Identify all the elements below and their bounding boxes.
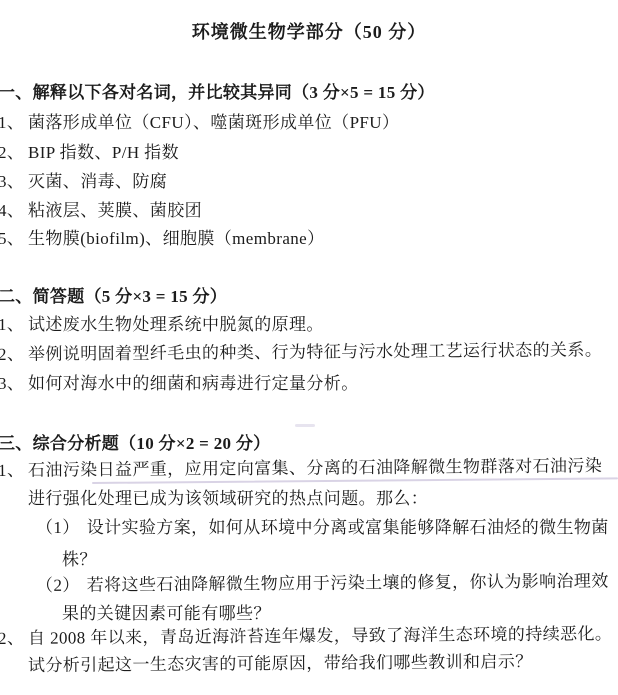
item-number: 5、 xyxy=(0,228,28,249)
analysis-q1-sub-1-line-1: （1）设计实验方案，如何从环境中分离或富集能够降解石油烃的微生物菌 xyxy=(36,517,609,538)
item-number: 2、 xyxy=(0,344,28,365)
item-text: 试述废水生物处理系统中脱氮的原理。 xyxy=(28,315,324,334)
subitem-text: 设计实验方案，如何从环境中分离或富集能够降解石油烃的微生物菌 xyxy=(87,518,609,537)
section-3-heading: 三、综合分析题（10 分×2 = 20 分） xyxy=(0,433,270,454)
item-text: 如何对海水中的细菌和病毒进行定量分析。 xyxy=(28,374,359,393)
item-number: 1、 xyxy=(0,314,28,335)
subitem-number: （1） xyxy=(36,517,80,538)
analysis-q2-line-2: 试分析引起这一生态灾害的可能原因，带给我们哪些教训和启示？ xyxy=(28,651,533,676)
analysis-q1-sub-1-line-2: 株？ xyxy=(62,549,97,570)
item-text: BIP 指数、P/H 指数 xyxy=(28,143,179,162)
term-pair-item-5: 5、生物膜(biofilm)、细胞膜（membrane） xyxy=(0,228,325,249)
item-text: 举例说明固着型纤毛虫的种类、行为特征与污水处理工艺运行状态的关系。 xyxy=(28,340,602,364)
item-text: 菌落形成单位（CFU）、噬菌斑形成单位（PFU） xyxy=(28,113,399,132)
subitem-number: （2） xyxy=(36,575,80,596)
item-number: 3、 xyxy=(0,171,28,192)
term-pair-item-4: 4、粘液层、荚膜、菌胶团 xyxy=(0,200,202,221)
item-number: 3、 xyxy=(0,373,28,394)
item-number: 4、 xyxy=(0,200,28,221)
term-pair-item-1: 1、菌落形成单位（CFU）、噬菌斑形成单位（PFU） xyxy=(0,112,399,133)
analysis-q1-sub-2-line-2: 果的关键因素可能有哪些？ xyxy=(62,603,271,624)
section-2-heading: 二、简答题（5 分×3 = 15 分） xyxy=(0,286,227,307)
item-text: 灭菌、消毒、防腐 xyxy=(28,172,167,191)
analysis-q1-sub-2-line-1: （2）若将这些石油降解微生物应用于污染土壤的修复，你认为影响治理效 xyxy=(36,571,609,596)
short-answer-item-1: 1、试述废水生物处理系统中脱氮的原理。 xyxy=(0,314,324,335)
item-text: 生物膜(biofilm)、细胞膜（membrane） xyxy=(28,229,325,248)
exam-page: 环境微生物学部分（50 分） 一、解释以下各对名词，并比较其异同（3 分×5 =… xyxy=(0,0,618,695)
item-text: 粘液层、荚膜、菌胶团 xyxy=(28,201,202,220)
short-answer-item-3: 3、如何对海水中的细菌和病毒进行定量分析。 xyxy=(0,373,359,394)
analysis-q1-line-1: 1、石油污染日益严重，应用定向富集、分离的石油降解微生物群落对石油污染 xyxy=(0,455,602,481)
subitem-text: 若将这些石油降解微生物应用于污染土壤的修复，你认为影响治理效 xyxy=(87,572,609,595)
analysis-q2-line-1: 2、自 2008 年以来，青岛近海浒苔连年爆发，导致了海洋生态环境的持续恶化。 xyxy=(0,623,612,649)
term-pair-item-3: 3、灭菌、消毒、防腐 xyxy=(0,171,167,192)
item-text: 石油污染日益严重，应用定向富集、分离的石油降解微生物群落对石油污染 xyxy=(28,456,602,480)
short-answer-item-2: 2、举例说明固着型纤毛虫的种类、行为特征与污水处理工艺运行状态的关系。 xyxy=(0,339,602,365)
section-1-heading: 一、解释以下各对名词，并比较其异同（3 分×5 = 15 分） xyxy=(0,82,435,103)
item-number: 1、 xyxy=(0,112,28,133)
term-pair-item-2: 2、BIP 指数、P/H 指数 xyxy=(0,142,179,163)
item-number: 2、 xyxy=(0,142,28,163)
analysis-q1-line-2: 进行强化处理已成为该领域研究的热点问题。那么： xyxy=(28,488,428,509)
item-number: 1、 xyxy=(0,460,28,481)
scan-artifact-dash xyxy=(295,424,315,427)
item-text: 自 2008 年以来，青岛近海浒苔连年爆发，导致了海洋生态环境的持续恶化。 xyxy=(28,624,612,648)
item-number: 2、 xyxy=(0,628,28,649)
exam-title: 环境微生物学部分（50 分） xyxy=(0,22,618,43)
